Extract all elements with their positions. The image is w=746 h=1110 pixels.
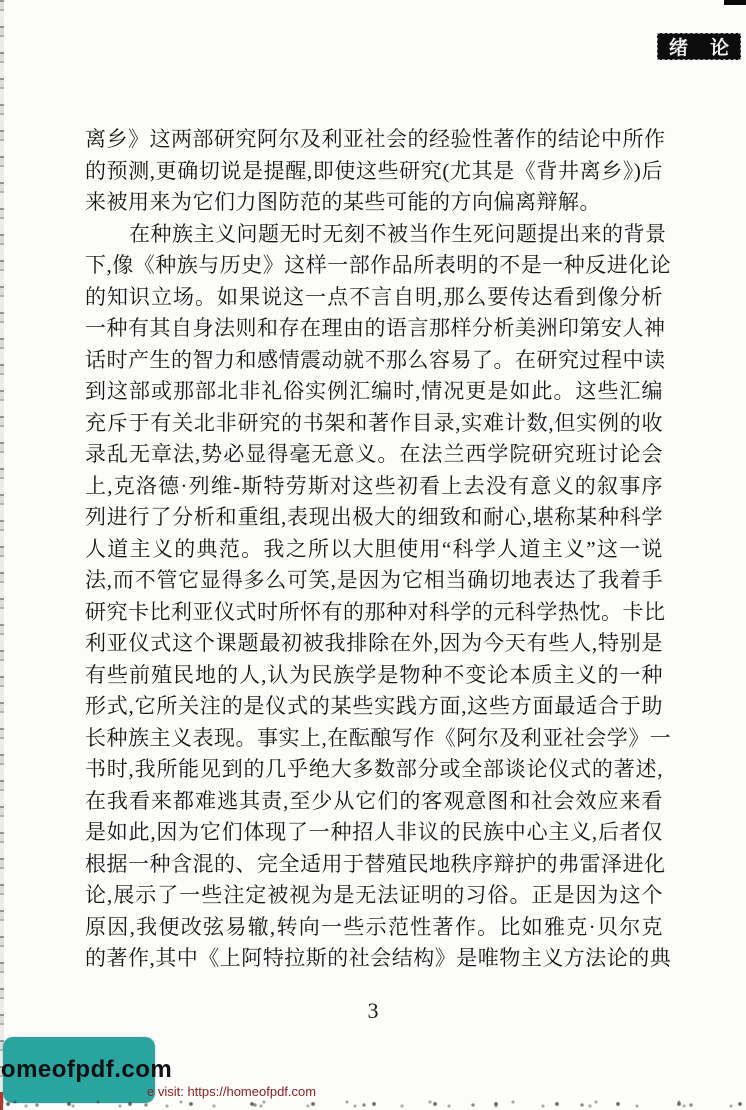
text-line: 论,展示了一些注定被视为是无法证明的习俗。正是因为这个 xyxy=(85,880,663,912)
text-line: 下,像《种族与历史》这样一部作品所表明的不是一种反进化论 xyxy=(85,250,663,282)
text-line: 长种族主义表现。事实上,在酝酿写作《阿尔及利亚社会学》一 xyxy=(85,723,663,755)
scanned-book-page: { "header": { "tab_labels": ["绪", "论"] }… xyxy=(0,0,746,1110)
text-line: 一种有其自身法则和存在理由的语言那样分析美洲印第安人神 xyxy=(85,313,663,345)
text-line: 的著作,其中《上阿特拉斯的社会结构》是唯物主义方法论的典 xyxy=(85,943,663,975)
chapter-header-tab: 绪 论 xyxy=(657,33,741,60)
text-line: 研究卡比利亚仪式时所怀有的那种对科学的元科学热忱。卡比 xyxy=(85,597,663,629)
text-line: 形式,它所关注的是仪式的某些实践方面,这些方面最适合于助 xyxy=(85,691,663,723)
text-line: 充斥于有关北非研究的书架和著作目录,实难计数,但实例的收 xyxy=(85,408,663,440)
text-line: 人道主义的典范。我之所以大胆使用“科学人道主义”这一说 xyxy=(85,534,663,566)
text-line: 在我看来都难逃其责,至少从它们的客观意图和社会效应来看 xyxy=(85,786,663,818)
text-line: 是如此,因为它们体现了一种招人非议的民族中心主义,后者仅 xyxy=(85,817,663,849)
chapter-header-label-left: 绪 xyxy=(669,33,688,60)
watermark-url-text: e visit: https://homeofpdf.com xyxy=(147,1084,316,1099)
text-line: 在种族主义问题无时无刻不被当作生死问题提出来的背景 xyxy=(85,219,663,251)
text-line: 录乱无章法,势必显得毫无意义。在法兰西学院研究班讨论会 xyxy=(85,439,663,471)
text-line: 离乡》这两部研究阿尔及利亚社会的经验性著作的结论中所作 xyxy=(85,124,663,156)
text-line: 到这部或那部北非礼俗实例汇编时,情况更是如此。这些汇编 xyxy=(85,376,663,408)
scan-corner-mark xyxy=(724,0,746,5)
text-line: 有些前殖民地的人,认为民族学是物种不变论本质主义的一种 xyxy=(85,660,663,692)
watermark-badge: homeofpdf.com xyxy=(3,1037,155,1103)
text-line: 话时产生的智力和感情震动就不那么容易了。在研究过程中读 xyxy=(85,345,663,377)
text-line: 书时,我所能见到的几乎绝大多数部分或全部谈论仪式的著述, xyxy=(85,754,663,786)
scan-left-edge-artifact xyxy=(0,0,4,1110)
text-line: 的知识立场。如果说这一点不言自明,那么要传达看到像分析 xyxy=(85,282,663,314)
watermark-badge-text: homeofpdf.com xyxy=(0,1056,172,1084)
text-line: 列进行了分析和重组,表现出极大的细致和耐心,堪称某种科学 xyxy=(85,502,663,534)
text-line: 利亚仪式这个课题最初被我排除在外,因为今天有些人,特别是 xyxy=(85,628,663,660)
page-number: 3 xyxy=(0,998,746,1024)
chapter-header-label-right: 论 xyxy=(710,33,729,60)
text-line: 法,而不管它显得多么可笑,是因为它相当确切地表达了我着手 xyxy=(85,565,663,597)
text-line: 根据一种含混的、完全适用于替殖民地秩序辩护的弗雷泽进化 xyxy=(85,849,663,881)
body-text: 离乡》这两部研究阿尔及利亚社会的经验性著作的结论中所作的预测,更确切说是提醒,即… xyxy=(85,124,663,975)
text-line: 的预测,更确切说是提醒,即使这些研究(尤其是《背井离乡》)后 xyxy=(85,156,663,188)
text-line: 来被用来为它们力图防范的某些可能的方向偏离辩解。 xyxy=(85,187,663,219)
text-line: 上,克洛德·列维-斯特劳斯对这些初看上去没有意义的叙事序 xyxy=(85,471,663,503)
text-line: 原因,我便改弦易辙,转向一些示范性著作。比如雅克·贝尔克 xyxy=(85,912,663,944)
scan-noise-strip xyxy=(0,1099,746,1110)
